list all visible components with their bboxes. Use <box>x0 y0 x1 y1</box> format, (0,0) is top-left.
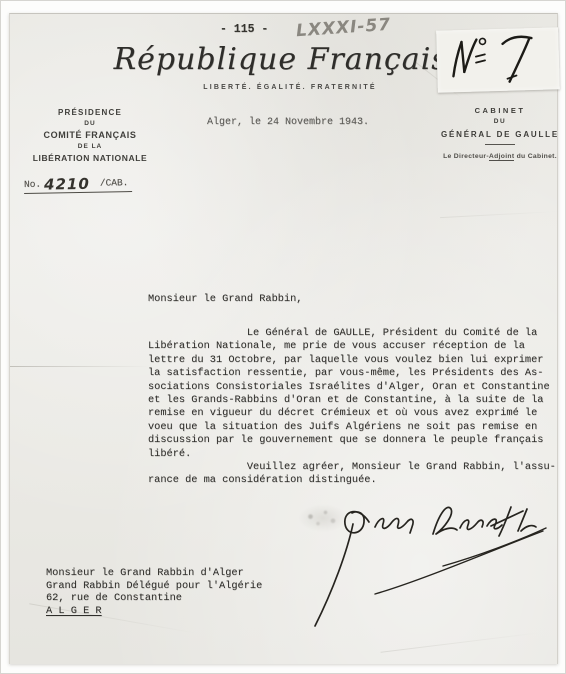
letterhead: République Française LIBERTÉ. ÉGALITÉ. F… <box>100 42 480 91</box>
paper-crease <box>10 366 150 367</box>
handwritten-doc-number <box>438 29 556 88</box>
dateline: Alger, le 24 Novembre 1943. <box>207 117 369 128</box>
paper-crease <box>381 632 540 652</box>
recipient-city: A L G E R <box>46 605 102 617</box>
official-prefix: Le Directeur- <box>443 153 489 160</box>
official-suffix: du Cabinet. <box>514 153 557 160</box>
sender-line5: LIBÉRATION NATIONALE <box>22 153 158 163</box>
document-scan: - 115 - LXXXI-57 28 République Française… <box>0 0 566 674</box>
handwritten-archive-ref: LXXXI-57 <box>295 15 391 42</box>
official-title: Le Directeur-Adjoint du Cabinet. <box>436 153 564 160</box>
cabinet-line2: DU <box>436 118 564 125</box>
salutation: Monsieur le Grand Rabbin, <box>148 293 302 305</box>
page-number: - 115 - <box>220 23 268 36</box>
sender-line4: DE LA <box>22 143 158 150</box>
body-paragraph-1: Le Général de GAULLE, Président du Comit… <box>148 327 550 461</box>
sender-line1: PRÉSIDENCE <box>22 108 158 117</box>
sender-line2: DU <box>22 120 158 127</box>
cabinet-rule <box>485 144 515 145</box>
sender-line3: COMITÉ FRANÇAIS <box>22 130 158 140</box>
cabinet-line3: GÉNÉRAL DE GAULLE <box>436 130 564 139</box>
sender-block: PRÉSIDENCE DU COMITÉ FRANÇAIS DE LA LIBÉ… <box>22 108 158 163</box>
republic-motto: LIBERTÉ. ÉGALITÉ. FRATERNITÉ <box>100 84 480 91</box>
recipient-address: Monsieur le Grand Rabbin d'Alger Grand R… <box>46 567 262 605</box>
paper-crease <box>440 211 560 218</box>
republic-title: République Française <box>100 42 480 77</box>
cabinet-block: CABINET DU GÉNÉRAL DE GAULLE Le Directeu… <box>436 106 564 160</box>
ref-prefix: No. <box>24 179 41 190</box>
ref-suffix: /CAB. <box>100 177 129 188</box>
ref-handwritten-number: 4210 <box>44 179 90 190</box>
official-mid: Adjoint <box>489 153 515 161</box>
letter-paper: - 115 - LXXXI-57 28 République Française… <box>9 13 558 664</box>
pasted-number-slip <box>436 27 560 92</box>
body-paragraph-2: Veuillez agréer, Monsieur le Grand Rabbi… <box>148 461 556 488</box>
reference-number: No. 4210 /CAB. <box>24 177 133 194</box>
signature <box>303 500 555 632</box>
cabinet-line1: CABINET <box>436 106 564 115</box>
